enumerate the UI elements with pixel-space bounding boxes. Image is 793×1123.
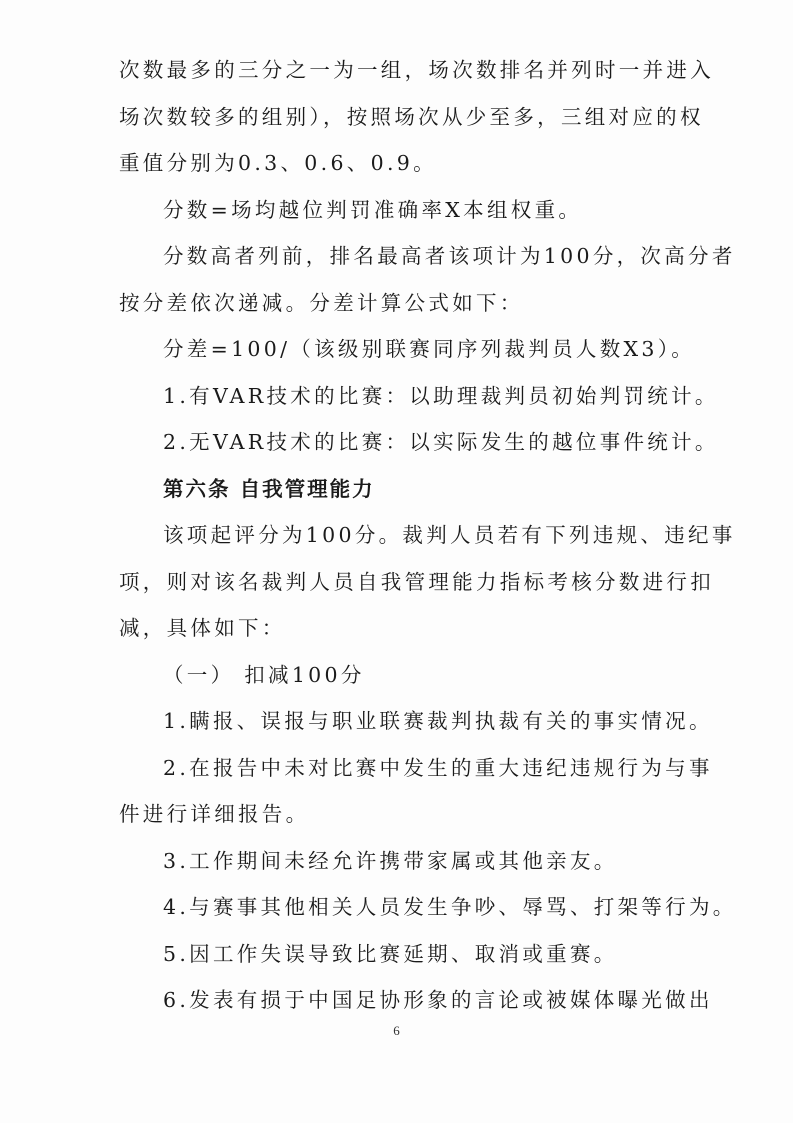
section-heading: 第六条 自我管理能力: [163, 475, 723, 503]
document-page: 次数最多的三分之一为一组，场次数排名并列时一并进入 场次数较多的组别），按照场次…: [0, 0, 793, 1123]
list-item: 4.与赛事其他相关人员发生争吵、辱骂、打架等行为。: [163, 893, 723, 921]
text-line: 重值分别为0.3、0.6、0.9。: [119, 149, 679, 177]
text-line: 场次数较多的组别），按照场次从少至多，三组对应的权: [119, 103, 679, 131]
list-item: 5.因工作失误导致比赛延期、取消或重赛。: [163, 940, 723, 968]
list-item: 1.有VAR技术的比赛：以助理裁判员初始判罚统计。: [163, 382, 723, 410]
text-line: 次数最多的三分之一为一组，场次数排名并列时一并进入: [119, 56, 679, 84]
text-line: 减，具体如下：: [119, 614, 679, 642]
formula-line: 分数=场均越位判罚准确率X本组权重。: [163, 196, 723, 224]
formula-line: 分差=100/（该级别联赛同序列裁判员人数X3）。: [163, 335, 723, 363]
text-line: 分数高者列前，排名最高者该项计为100分，次高分者: [163, 242, 723, 270]
list-item: 1.瞒报、误报与职业联赛裁判执裁有关的事实情况。: [163, 707, 723, 735]
text-line: 项，则对该名裁判人员自我管理能力指标考核分数进行扣: [119, 568, 679, 596]
list-item: 3.工作期间未经允许携带家属或其他亲友。: [163, 847, 723, 875]
list-item: 6.发表有损于中国足协形象的言论或被媒体曝光做出: [163, 986, 723, 1014]
text-line: 按分差依次递减。分差计算公式如下：: [119, 289, 679, 317]
page-number: 6: [0, 1023, 793, 1039]
subsection-heading: （一） 扣减100分: [163, 661, 723, 689]
list-item: 2.在报告中未对比赛中发生的重大违纪违规行为与事: [163, 754, 723, 782]
list-item-continuation: 件进行详细报告。: [119, 800, 679, 828]
text-line: 该项起评分为100分。裁判人员若有下列违规、违纪事: [163, 521, 723, 549]
list-item: 2.无VAR技术的比赛：以实际发生的越位事件统计。: [163, 428, 723, 456]
